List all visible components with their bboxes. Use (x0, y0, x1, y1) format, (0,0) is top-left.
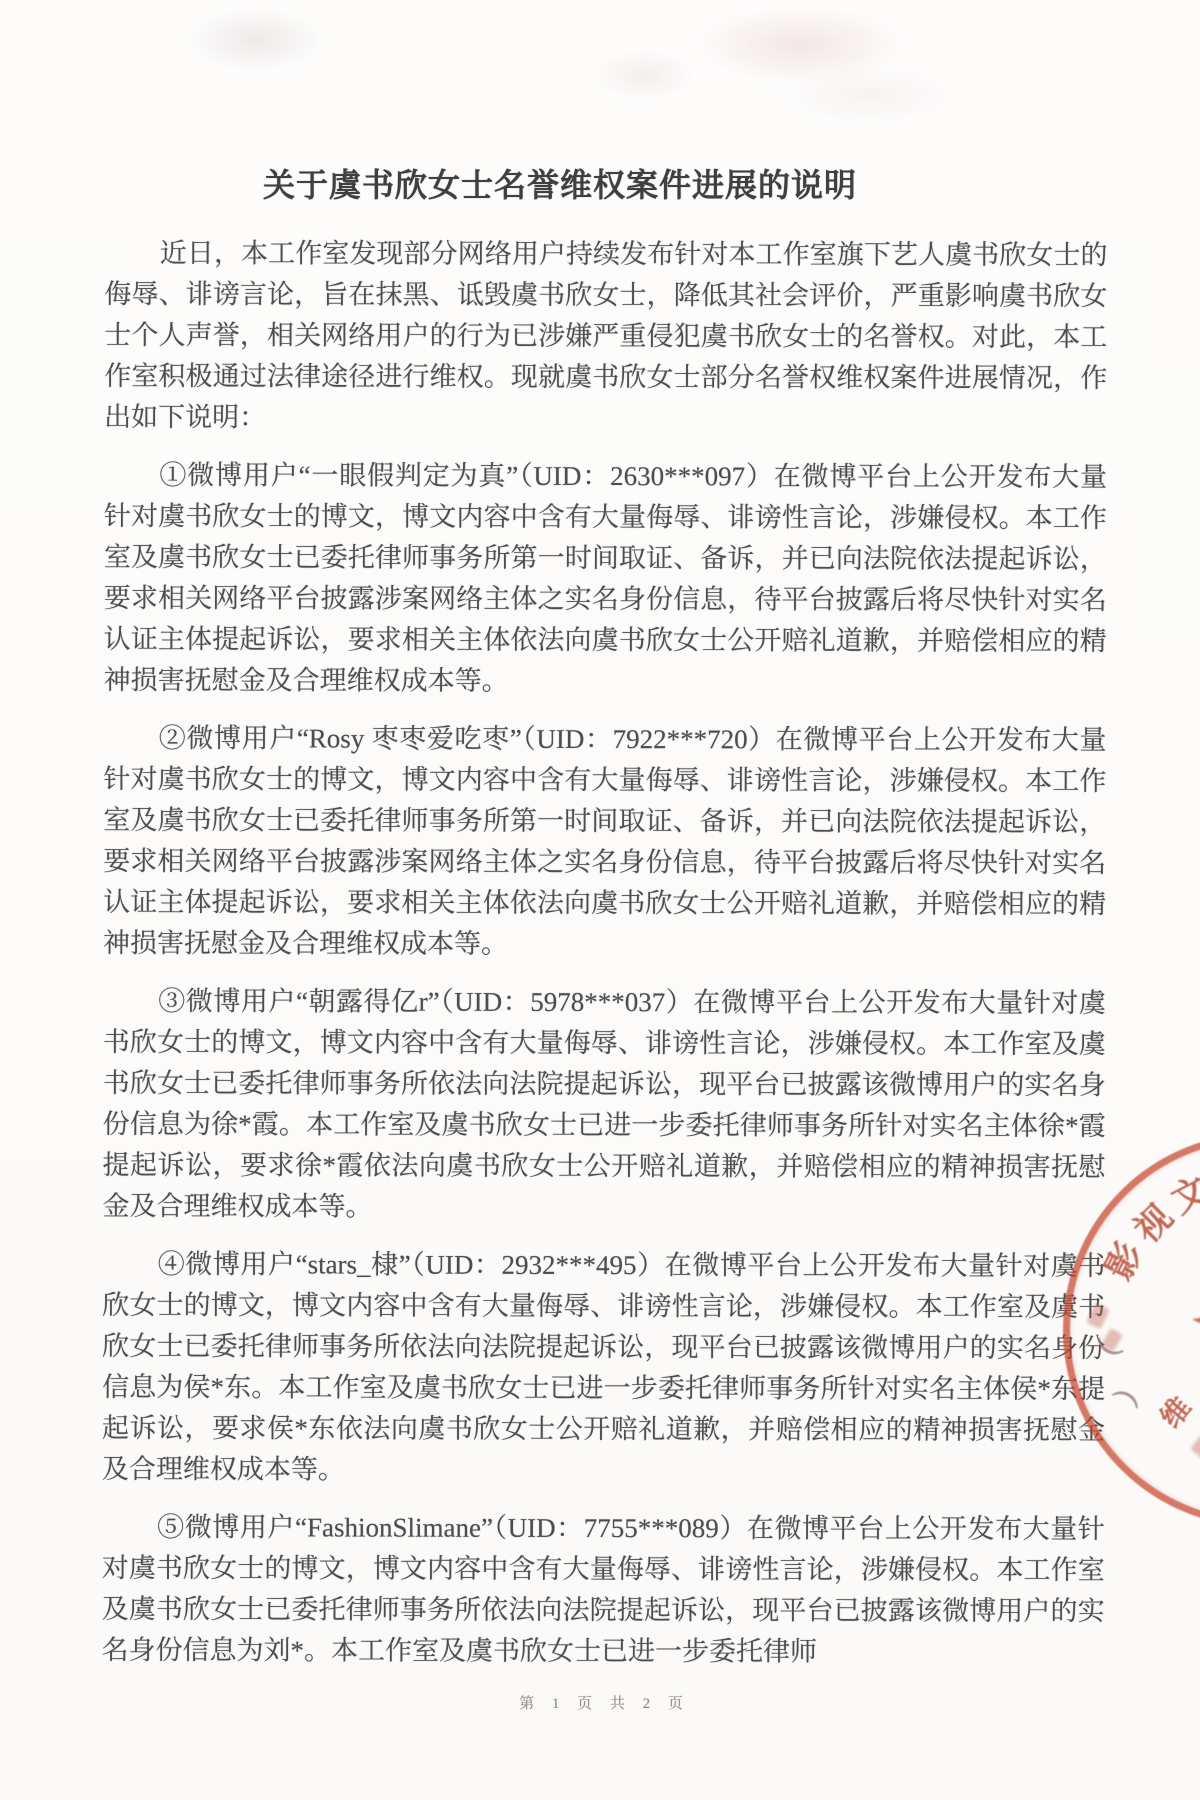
seal-paren-close: ） (1113, 1371, 1154, 1412)
paragraph-case-5: ⑤微博用户“FashionSlimane”（UID：7755***089）在微博… (102, 1507, 1105, 1673)
document-body: 近日，本工作室发现部分网络用户持续发布针对本工作室旗下艺人虞书欣女士的侮辱、诽谤… (101, 233, 1107, 1690)
scanned-document-page: 关于虞书欣女士名誉维权案件进展的说明 近日，本工作室发现部分网络用户持续发布针对… (0, 0, 1200, 1800)
paragraph-intro: 近日，本工作室发现部分网络用户持续发布针对本工作室旗下艺人虞书欣女士的侮辱、诽谤… (104, 233, 1107, 440)
paragraph-case-4: ④微博用户“stars_棣”（UID：2932***495）在微博平台上公开发布… (102, 1244, 1106, 1492)
page-number: 第 1 页 共 2 页 (103, 1692, 1106, 1713)
paragraph-case-3: ③微博用户“朝露得亿r”（UID：5978***037）在微博平台上公开发布大量… (102, 981, 1106, 1229)
paragraph-case-1: ①微博用户“一眼假判定为真”（UID：2630***097）在微博平台上公开发布… (104, 455, 1108, 703)
page-title: 关于虞书欣女士名誉维权案件进展的说明 (60, 160, 1060, 206)
paragraph-case-2: ②微博用户“Rosy 枣枣爱吃枣”（UID：7922***720）在微博平台上公… (103, 718, 1107, 966)
